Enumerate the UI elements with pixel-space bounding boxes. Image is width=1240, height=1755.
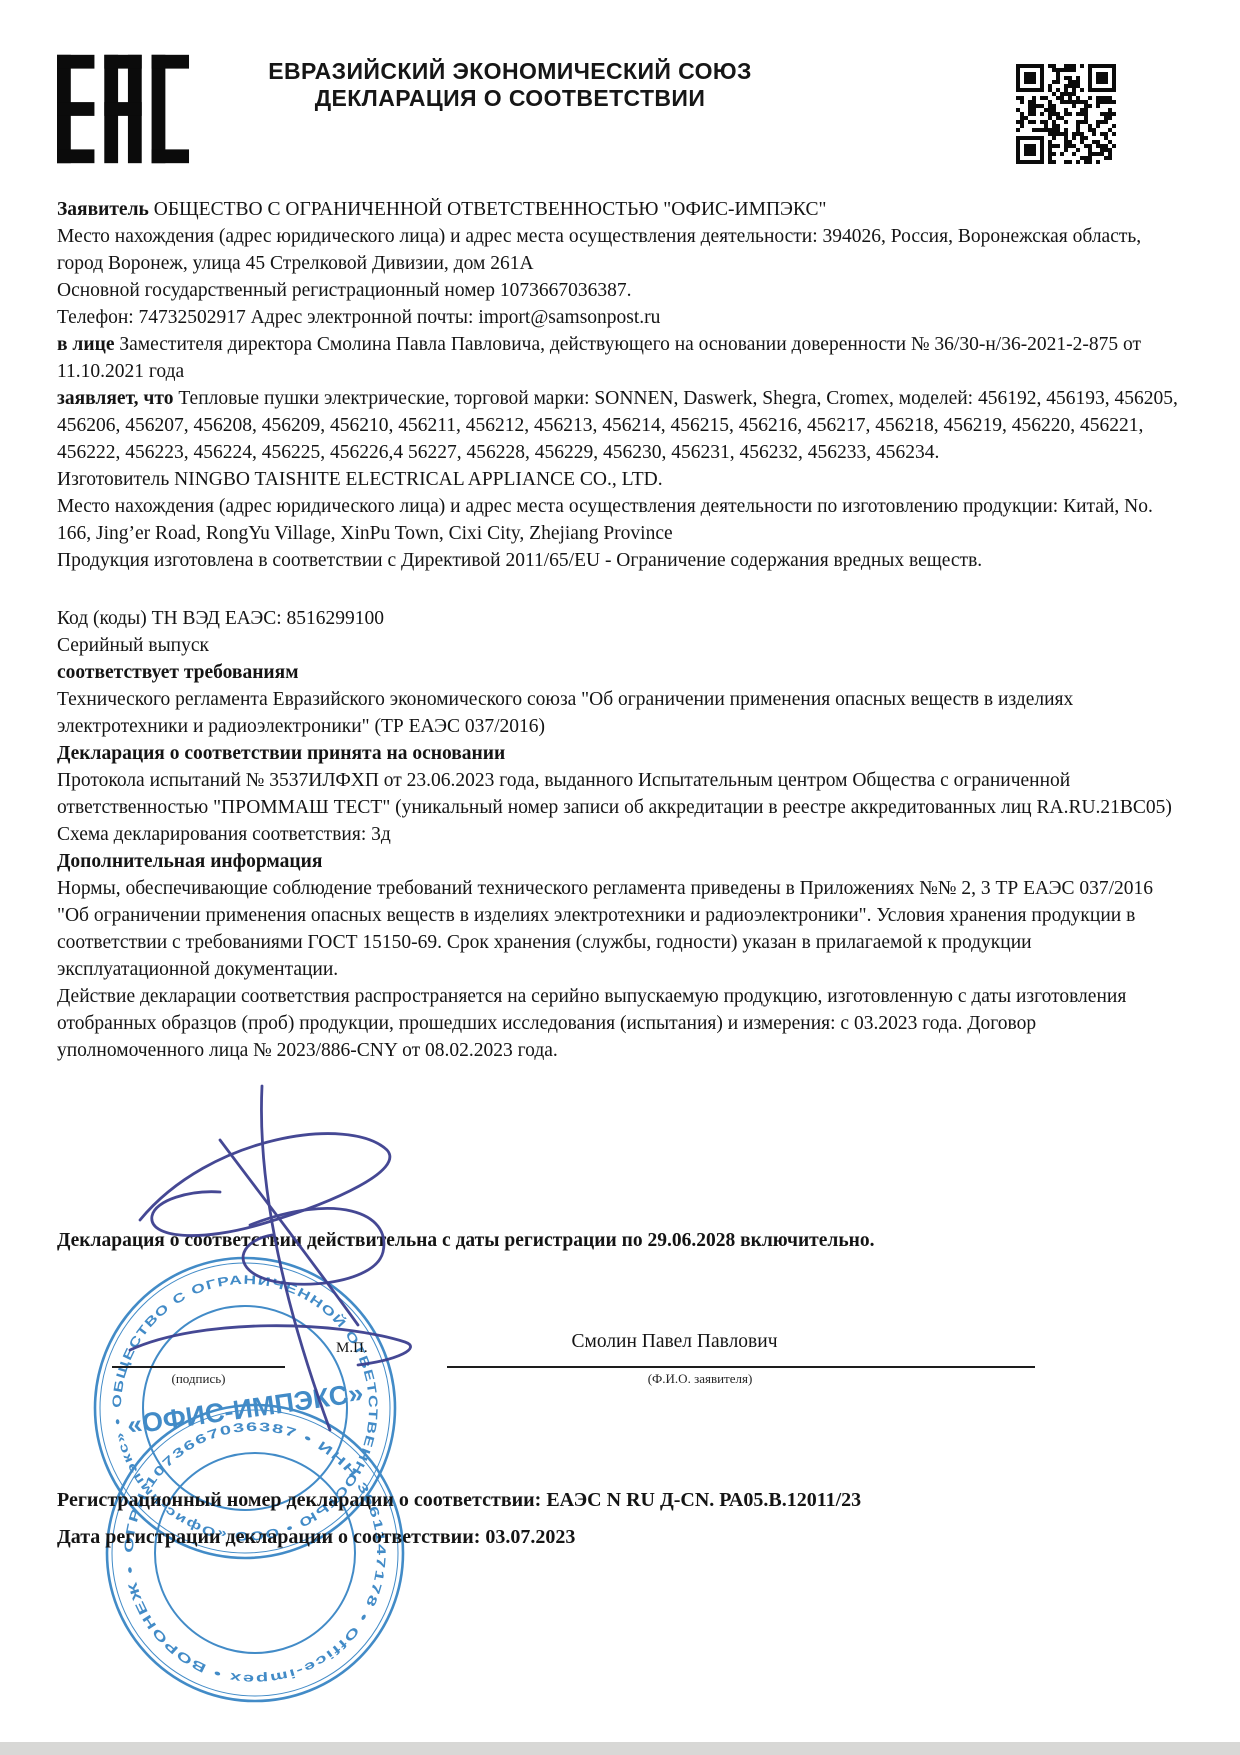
scheme-paragraph: Схема декларирования соответствия: 3д bbox=[57, 821, 1185, 848]
title-line-declaration: ДЕКЛАРАЦИЯ О СООТВЕТСТВИИ bbox=[190, 85, 830, 112]
directive-paragraph: Продукция изготовлена в соответствии с Д… bbox=[57, 547, 1185, 574]
page-bottom-edge bbox=[0, 1742, 1240, 1755]
stamp-place-label: М.П. bbox=[336, 1340, 368, 1357]
paragraph-lead: в лице bbox=[57, 334, 114, 355]
paragraph-text: Тепловые пушки электрические, торговой м… bbox=[57, 388, 1178, 463]
paragraph-text: Протокола испытаний № 3537ИЛФХП от 23.06… bbox=[57, 770, 1172, 818]
declaration-document: ЕВРАЗИЙСКИЙ ЭКОНОМИЧЕСКИЙ СОЮЗ ДЕКЛАРАЦИ… bbox=[0, 0, 1240, 1755]
paragraph-lead: Декларация о соответствии принята на осн… bbox=[57, 743, 505, 764]
representative-paragraph: в лице Заместителя директора Смолина Пав… bbox=[57, 331, 1185, 385]
tnved-code-paragraph: Код (коды) ТН ВЭД ЕАЭС: 8516299100 bbox=[57, 605, 1185, 632]
paragraph-text: Продукция изготовлена в соответствии с Д… bbox=[57, 550, 982, 571]
serial-production-paragraph: Серийный выпуск bbox=[57, 632, 1185, 659]
test-report-paragraph: Протокола испытаний № 3537ИЛФХП от 23.06… bbox=[57, 767, 1185, 821]
applicant-name: Смолин Павел Павлович bbox=[447, 1331, 902, 1353]
paragraph-text: Нормы, обеспечивающие соблюдение требова… bbox=[57, 878, 1153, 980]
signature-caption: (подпись) bbox=[112, 1371, 285, 1387]
address-paragraph: Место нахождения (адрес юридического лиц… bbox=[57, 223, 1185, 277]
paragraph-lead: заявляет, что bbox=[57, 388, 174, 409]
paragraph-text: Код (коды) ТН ВЭД ЕАЭС: 8516299100 bbox=[57, 608, 384, 629]
validity-scope-paragraph: Действие декларации соответствия распрос… bbox=[57, 983, 1185, 1064]
paragraph-text: ОБЩЕСТВО С ОГРАНИЧЕННОЙ ОТВЕТСТВЕННОСТЬЮ… bbox=[149, 199, 827, 220]
registration-number-line: Регистрационный номер декларации о соотв… bbox=[57, 1489, 861, 1512]
page-title: ЕВРАЗИЙСКИЙ ЭКОНОМИЧЕСКИЙ СОЮЗ ДЕКЛАРАЦИ… bbox=[190, 58, 830, 112]
paragraph-text: Серийный выпуск bbox=[57, 635, 209, 656]
registration-date-line: Дата регистрации декларации о соответств… bbox=[57, 1526, 575, 1549]
signature-ink bbox=[100, 1080, 450, 1450]
product-declaration-paragraph: заявляет, что Тепловые пушки электрическ… bbox=[57, 385, 1185, 466]
manufacturer-address-paragraph: Место нахождения (адрес юридического лиц… bbox=[57, 493, 1185, 547]
paragraph-lead: Дополнительная информация bbox=[57, 851, 322, 872]
signature-line bbox=[112, 1366, 285, 1368]
paragraph-lead: Заявитель bbox=[57, 199, 149, 220]
paragraph-text: Технического регламента Евразийского эко… bbox=[57, 689, 1073, 737]
paragraph-text: Заместителя директора Смолина Павла Павл… bbox=[57, 334, 1141, 382]
norms-paragraph: Нормы, обеспечивающие соблюдение требова… bbox=[57, 875, 1185, 983]
paragraph-text: Действие декларации соответствия распрос… bbox=[57, 986, 1126, 1061]
title-line-union: ЕВРАЗИЙСКИЙ ЭКОНОМИЧЕСКИЙ СОЮЗ bbox=[190, 58, 830, 85]
ogrn-paragraph: Основной государственный регистрационный… bbox=[57, 277, 1185, 304]
phone-email-paragraph: Телефон: 74732502917 Адрес электронной п… bbox=[57, 304, 1185, 331]
complies-heading: соответствует требованиям bbox=[57, 659, 1185, 686]
name-line bbox=[447, 1366, 1035, 1368]
paragraph-text: Телефон: 74732502917 Адрес электронной п… bbox=[57, 307, 660, 328]
regulation-paragraph: Технического регламента Евразийского эко… bbox=[57, 686, 1185, 740]
manufacturer-paragraph: Изготовитель NINGBO TAISHITE ELECTRICAL … bbox=[57, 466, 1185, 493]
qr-code-icon bbox=[1016, 64, 1116, 164]
additional-info-heading: Дополнительная информация bbox=[57, 848, 1185, 875]
paragraph-text: Изготовитель NINGBO TAISHITE ELECTRICAL … bbox=[57, 469, 663, 490]
applicant-paragraph: Заявитель ОБЩЕСТВО С ОГРАНИЧЕННОЙ ОТВЕТС… bbox=[57, 196, 1185, 223]
eac-logo-icon bbox=[57, 54, 190, 164]
basis-heading: Декларация о соответствии принята на осн… bbox=[57, 740, 1185, 767]
paragraph-text: Место нахождения (адрес юридического лиц… bbox=[57, 496, 1153, 544]
declaration-body: Заявитель ОБЩЕСТВО С ОГРАНИЧЕННОЙ ОТВЕТС… bbox=[57, 196, 1185, 1064]
name-caption: (Ф.И.О. заявителя) bbox=[447, 1371, 953, 1387]
paragraph-text: Основной государственный регистрационный… bbox=[57, 280, 631, 301]
paragraph-lead: соответствует требованиям bbox=[57, 662, 299, 683]
paragraph-text: Место нахождения (адрес юридического лиц… bbox=[57, 226, 1141, 274]
paragraph-text: Схема декларирования соответствия: 3д bbox=[57, 824, 391, 845]
